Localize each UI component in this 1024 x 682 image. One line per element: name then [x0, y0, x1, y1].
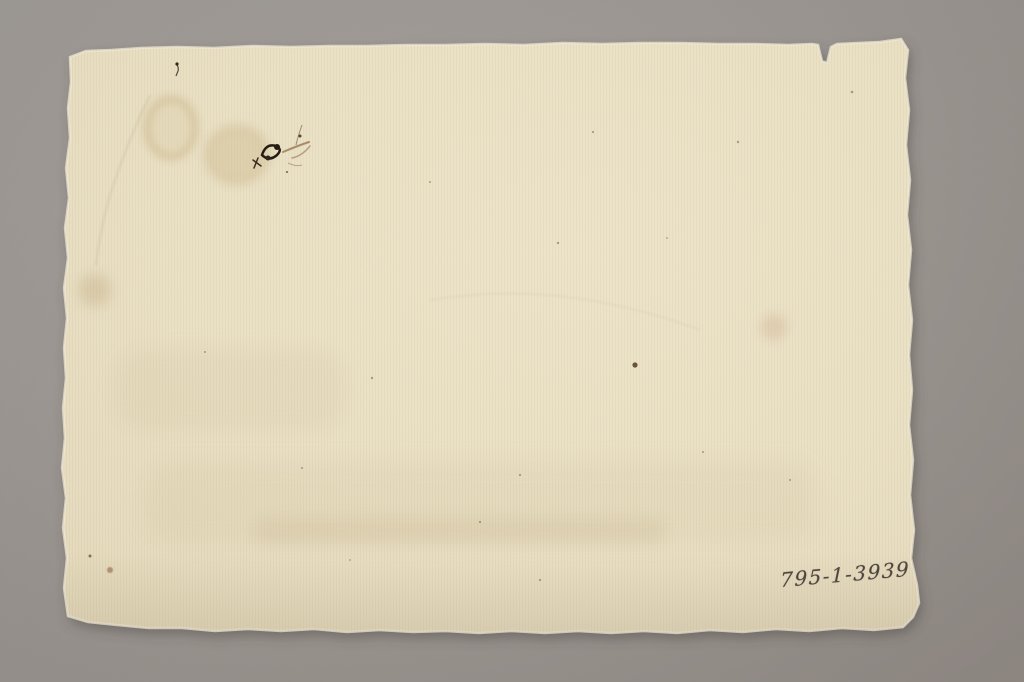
- stain-reddish-right: [761, 314, 787, 340]
- ink-speck-a: [299, 135, 302, 138]
- ink-dot-2: [266, 156, 271, 161]
- ink-dot-1: [274, 144, 280, 150]
- ghost-band-3: [255, 518, 665, 544]
- stain-left-edge: [79, 274, 111, 306]
- paper-bottom-shading: [58, 552, 924, 638]
- stain-spot-bottom-left: [107, 567, 113, 573]
- stain-spot-center: [632, 362, 637, 367]
- seal-stain-right: [207, 128, 267, 182]
- photo-backdrop: 795-1-3939: [0, 0, 1024, 682]
- ghost-band-1: [115, 350, 345, 430]
- seal-stain-left: [147, 99, 195, 157]
- ink-speck-b: [286, 171, 288, 173]
- speck-bottom-left: [89, 555, 92, 558]
